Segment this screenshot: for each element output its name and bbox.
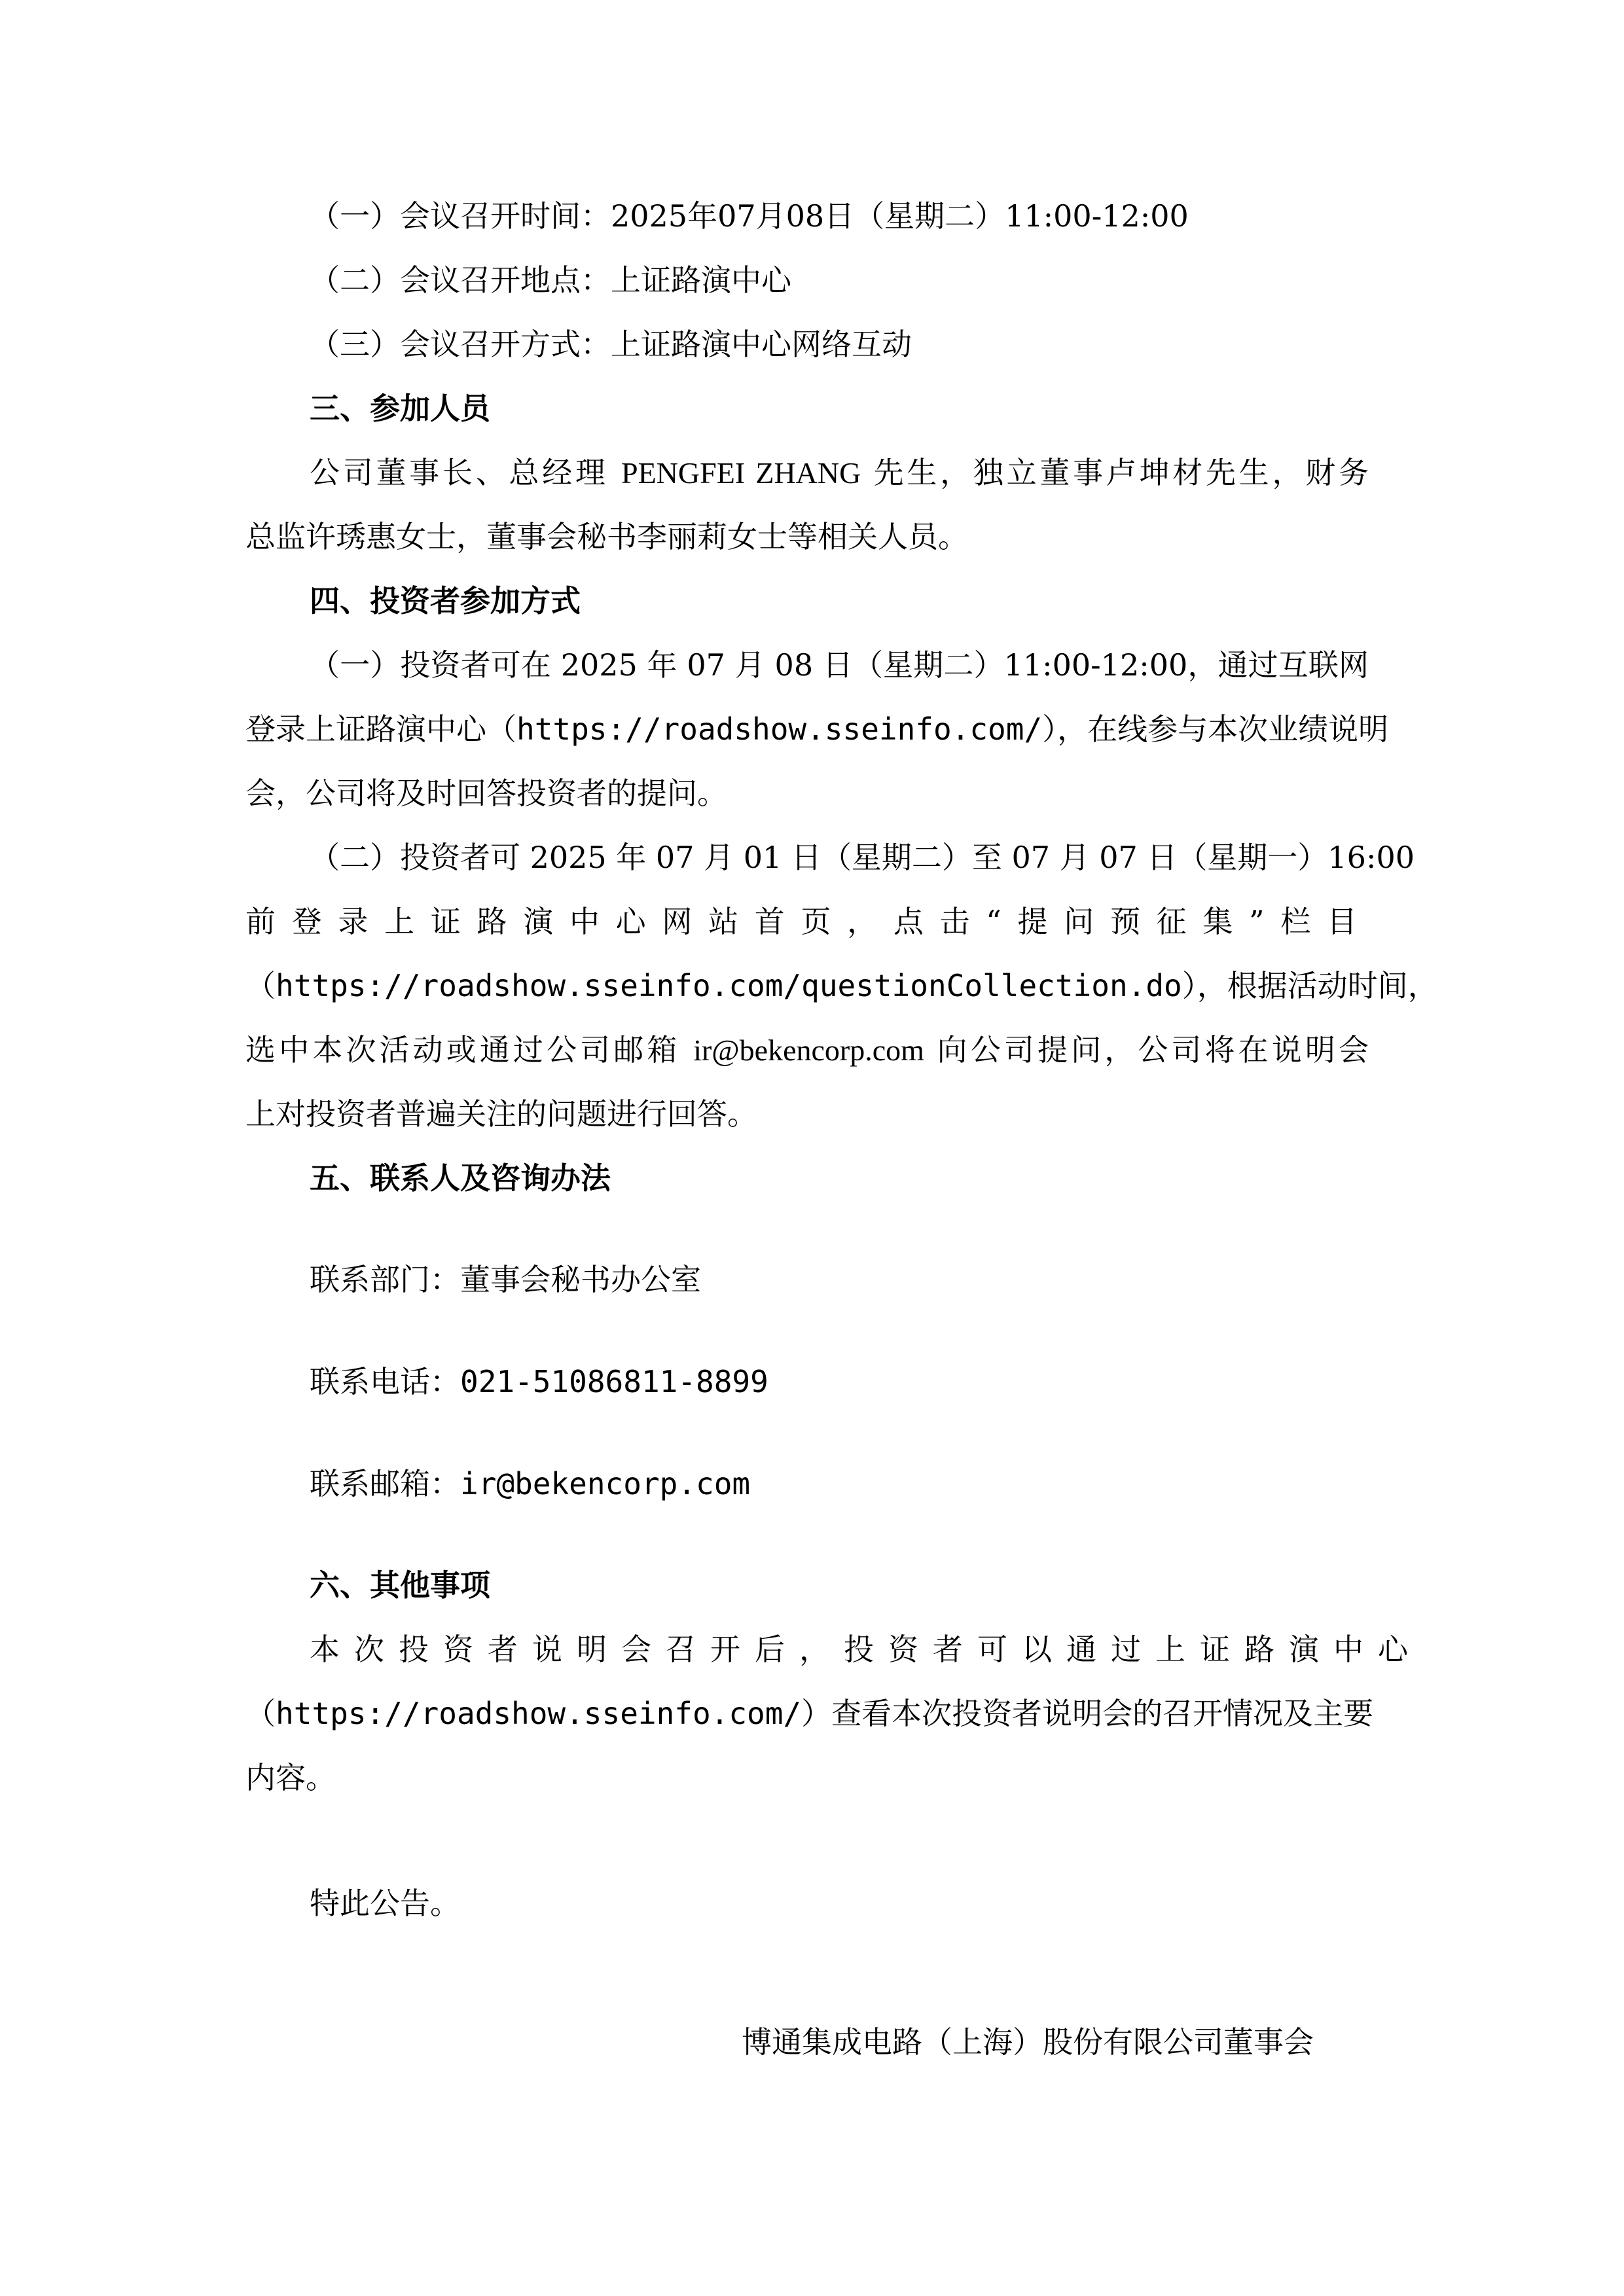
contact-department-value: 董事会秘书办公室: [460, 1262, 701, 1297]
participation-text: 向公司提问，公司将在说明会: [924, 1032, 1369, 1067]
meeting-time-value: 2025年07月08日（星期二）11:00-12:00: [611, 198, 1189, 234]
participation-item2-line-2: 前登录上证路演中心网站首页，点击“提问预征集”栏目: [245, 902, 1369, 941]
announcement-closing: 特此公告。: [310, 1884, 460, 1923]
participation-item1-line-2: 登录上证路演中心（https://roadshow.sseinfo.com/），…: [245, 709, 1369, 749]
participants-text: 公司董事长、总经理: [310, 455, 621, 490]
meeting-place-value: 上证路演中心: [611, 262, 791, 298]
roadshow-link[interactable]: https://roadshow.sseinfo.com/: [516, 711, 1042, 747]
section-heading-participants: 三、参加人员: [310, 389, 490, 428]
contact-email-line: 联系邮箱：ir@bekencorp.com: [310, 1464, 750, 1503]
ir-email-link[interactable]: ir@bekencorp.com: [693, 1033, 924, 1067]
participants-text: 先生，独立董事卢坤材先生，财务: [861, 455, 1369, 490]
contact-phone-label: 联系电话：: [310, 1364, 460, 1399]
meeting-time-label: （一）会议召开时间：: [310, 198, 611, 234]
roadshow-link[interactable]: （https://roadshow.sseinfo.com/）: [245, 1696, 831, 1731]
meeting-method-label: （三）会议召开方式：: [310, 327, 611, 362]
contact-phone-line: 联系电话：021-51086811-8899: [310, 1362, 768, 1401]
section-heading-participation-method: 四、投资者参加方式: [310, 581, 581, 620]
meeting-place-label: （二）会议召开地点：: [310, 262, 611, 298]
meeting-place-line: （二）会议召开地点：上证路演中心: [310, 260, 791, 300]
meeting-method-line: （三）会议召开方式：上证路演中心网络互动: [310, 325, 912, 364]
contact-phone-value: 021-51086811-8899: [460, 1364, 768, 1399]
contact-department-label: 联系部门：: [310, 1262, 460, 1297]
company-signature: 博通集成电路（上海）股份有限公司董事会: [742, 2022, 1314, 2062]
question-collection-link[interactable]: （https://roadshow.sseinfo.com/questionCo…: [245, 968, 1197, 1003]
participation-item2-line-4: 选中本次活动或通过公司邮箱 ir@bekencorp.com 向公司提问，公司将…: [245, 1030, 1369, 1069]
participation-item1-line-3: 会，公司将及时回答投资者的提问。: [245, 774, 727, 813]
section-heading-contact: 五、联系人及咨询办法: [310, 1158, 611, 1198]
contact-email-value[interactable]: ir@bekencorp.com: [460, 1466, 750, 1501]
other-matters-line-3: 内容。: [245, 1758, 336, 1797]
contact-email-label: 联系邮箱：: [310, 1466, 460, 1501]
participants-paragraph-line-2: 总监许琇惠女士，董事会秘书李丽莉女士等相关人员。: [245, 517, 968, 556]
participants-paragraph-line-1: 公司董事长、总经理 PENGFEI ZHANG 先生，独立董事卢坤材先生，财务: [310, 453, 1369, 492]
other-matters-line-2: （https://roadshow.sseinfo.com/）查看本次投资者说明…: [245, 1694, 1369, 1733]
other-matters-line-1: 本次投资者说明会召开后，投资者可以通过上证路演中心: [310, 1630, 1369, 1669]
participation-item1-line-1: （一）投资者可在 2025 年 07 月 08 日（星期二）11:00-12:0…: [310, 645, 1369, 685]
participation-text: ，根据活动时间，: [1197, 968, 1438, 1003]
participation-item2-line-3: （https://roadshow.sseinfo.com/questionCo…: [245, 966, 1369, 1005]
meeting-method-value: 上证路演中心网络互动: [611, 327, 912, 362]
chairman-name: PENGFEI ZHANG: [621, 456, 861, 490]
participation-text: ），在线参与本次业绩说明: [1042, 711, 1388, 747]
section-heading-other-matters: 六、其他事项: [310, 1566, 490, 1605]
contact-department-line: 联系部门：董事会秘书办公室: [310, 1260, 701, 1299]
participation-text: 选中本次活动或通过公司邮箱: [245, 1032, 693, 1067]
participation-item2-line-1: （二）投资者可 2025 年 07 月 01 日（星期二）至 07 月 07 日…: [310, 838, 1369, 877]
participation-text: 登录上证路演中心（: [245, 711, 516, 747]
meeting-time-line: （一）会议召开时间：2025年07月08日（星期二）11:00-12:00: [310, 196, 1189, 236]
other-matters-text: 查看本次投资者说明会的召开情况及主要: [831, 1696, 1373, 1731]
participation-item2-line-5: 上对投资者普遍关注的问题进行回答。: [245, 1094, 757, 1134]
